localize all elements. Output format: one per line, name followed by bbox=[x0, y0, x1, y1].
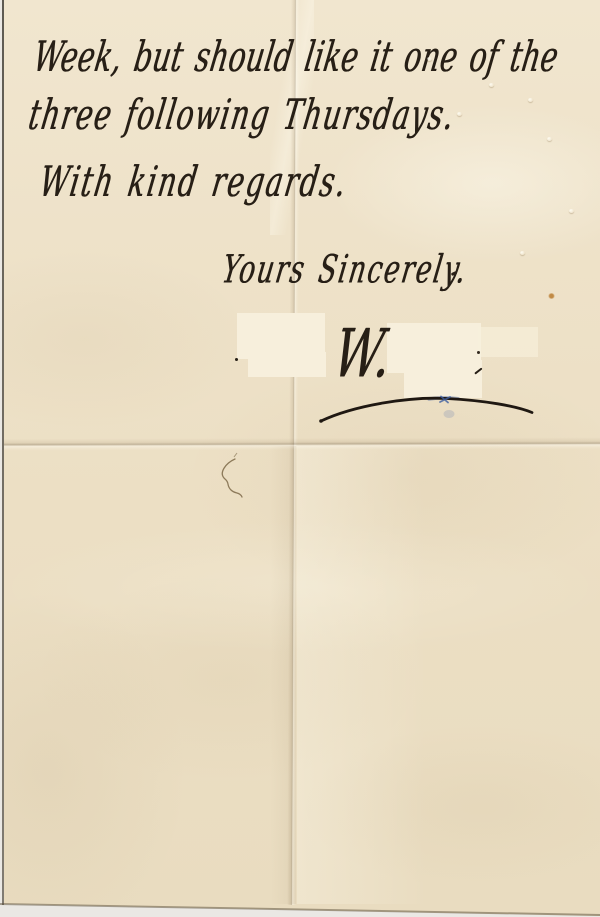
letter-paper: Week, but should like it one of the thre… bbox=[0, 0, 600, 917]
pinhole-dimple-icon bbox=[457, 112, 462, 116]
handwritten-line-1: Week, but should like it one of the bbox=[30, 32, 562, 82]
redaction-patch-left-lower bbox=[248, 352, 326, 377]
pinhole-dimple-icon bbox=[520, 251, 525, 255]
pinhole-dimple-icon bbox=[489, 83, 494, 87]
handwritten-closing: Yours Sincerely. bbox=[219, 248, 471, 293]
ink-dot bbox=[235, 358, 238, 361]
pinhole-dimple-icon bbox=[547, 137, 552, 141]
pinhole-dimple-icon bbox=[528, 98, 533, 102]
fold-highlight bbox=[297, 446, 427, 904]
signature-flourish bbox=[300, 385, 550, 430]
signature-initial: W. bbox=[328, 314, 400, 392]
handwritten-line-3: With kind regards. bbox=[36, 157, 351, 207]
pinhole-dimple-icon bbox=[569, 209, 574, 213]
horizontal-fold-crease bbox=[0, 437, 600, 451]
paper-left-edge-shadow bbox=[2, 0, 5, 905]
rust-spot bbox=[548, 293, 555, 299]
hair-squiggle-mark bbox=[205, 450, 265, 510]
pinhole-dimple-icon bbox=[427, 57, 432, 61]
ink-speck-dot bbox=[477, 351, 480, 354]
scanned-letter-page: Week, but should like it one of the thre… bbox=[0, 0, 600, 917]
redaction-patch-right-ext bbox=[478, 327, 538, 357]
handwritten-line-2: three following Thursdays. bbox=[25, 90, 459, 140]
